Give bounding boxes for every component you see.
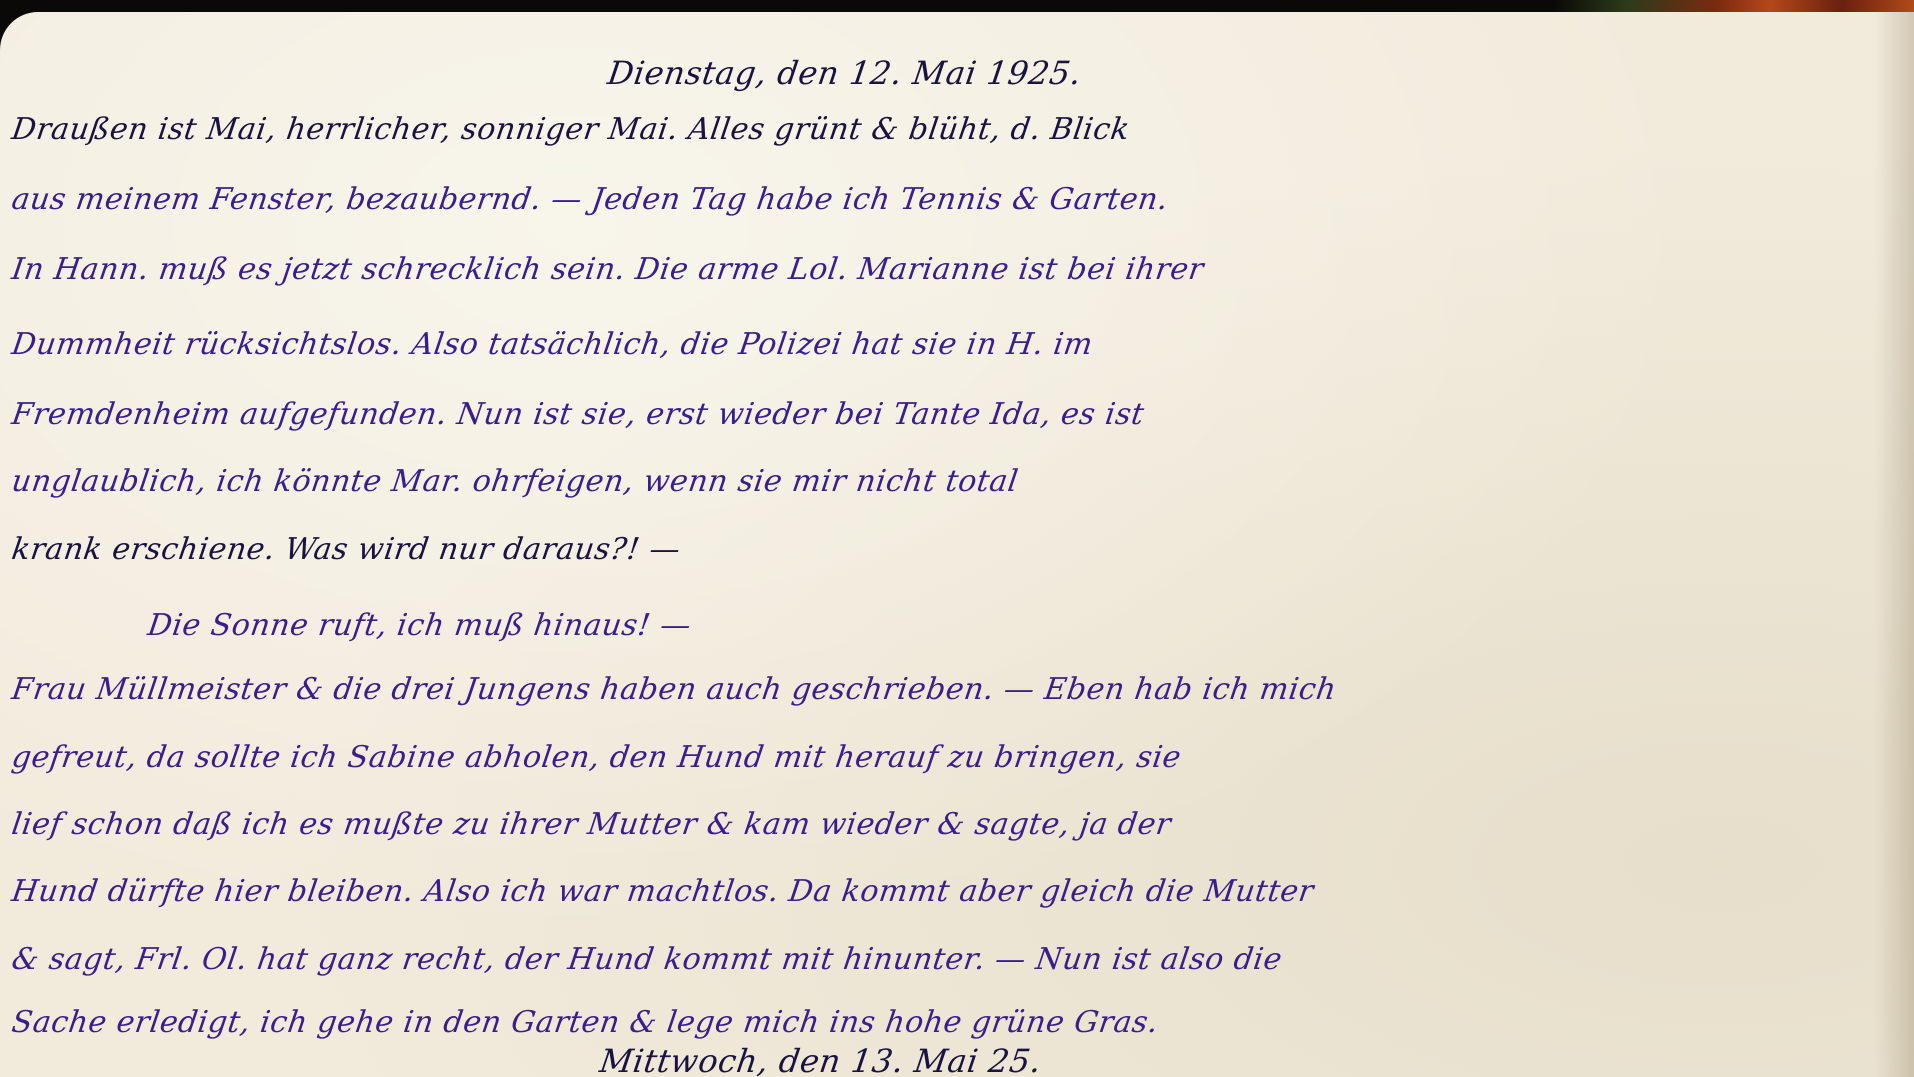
text-line: gefreut, da sollte ich Sabine abholen, d…: [10, 740, 1184, 775]
entry-heading: Mittwoch, den 13. Mai 25.: [597, 1042, 1043, 1077]
text-line: Fremdenheim aufgefunden. Nun ist sie, er…: [10, 397, 1147, 432]
text-line: & sagt, Frl. Ol. hat ganz recht, der Hun…: [10, 942, 1285, 977]
text-line: krank erschiene. Was wird nur daraus?! —: [10, 532, 683, 567]
text-line: Die Sonne ruft, ich muß hinaus! —: [146, 608, 694, 643]
text-line: Sache erledigt, ich gehe in den Garten &…: [10, 1005, 1161, 1040]
text-line: unglaublich, ich könnte Mar. ohrfeigen, …: [10, 464, 1021, 499]
text-line: lief schon daß ich es mußte zu ihrer Mut…: [10, 807, 1174, 842]
text-line: Dummheit rücksichtslos. Also tatsächlich…: [10, 327, 1096, 362]
text-line: Frau Müllmeister & die drei Jungens habe…: [10, 672, 1339, 707]
text-line: Hund dürfte hier bleiben. Also ich war m…: [10, 874, 1316, 909]
book-edge-strip: [1554, 0, 1914, 12]
entry-heading: Dienstag, den 12. Mai 1925.: [605, 54, 1084, 92]
text-line: Draußen ist Mai, herrlicher, sonniger Ma…: [10, 112, 1132, 147]
text-line: In Hann. muß es jetzt schrecklich sein. …: [10, 252, 1206, 287]
text-line: aus meinem Fenster, bezaubernd. — Jeden …: [10, 182, 1171, 217]
diary-page: Dienstag, den 12. Mai 1925. Draußen ist …: [0, 12, 1914, 1077]
